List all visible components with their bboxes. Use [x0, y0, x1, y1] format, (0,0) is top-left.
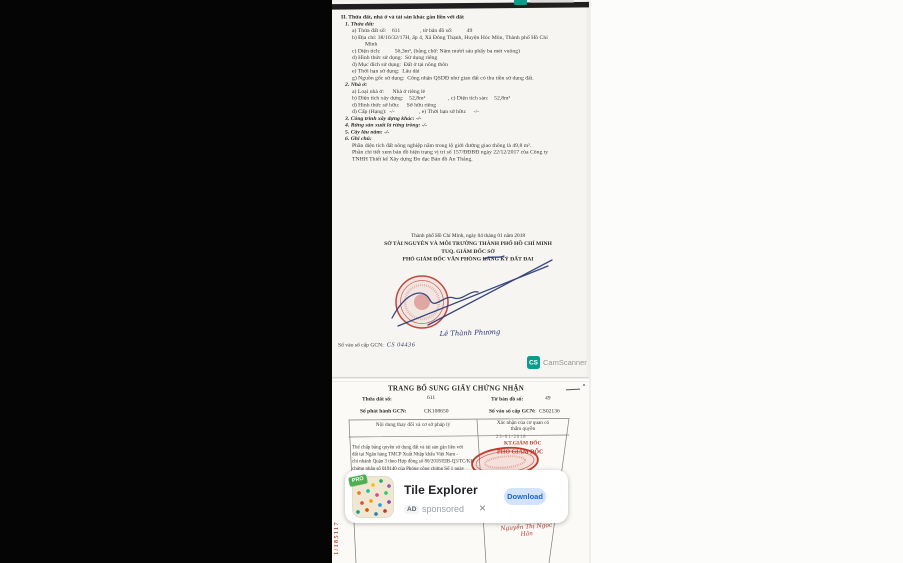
document-line: b) Địa chỉ: 38/16/32/17H, ấp 4, Xã Đông … — [352, 34, 582, 41]
document-line: đ) Mục đích sử dụng: Đất ở tại nông thôn — [352, 61, 582, 68]
camscanner-name-label: CamScanner — [543, 358, 587, 367]
document-line: đ) Cấp (Hạng): -/- , e) Thời hạn sở hữu:… — [352, 109, 582, 116]
document-line: d) Hình thức sử dụng: Sử dụng riêng — [352, 55, 582, 62]
page2-margin-serial: 1/185117 — [332, 445, 340, 555]
camscanner-logo-icon: CS — [527, 356, 540, 369]
document-line: g) Nguồn gốc sử dụng: Công nhận QSDĐ như… — [352, 75, 582, 82]
document-line: a) Thửa đất số: 611 , tờ bản đồ số: 49 — [352, 28, 582, 35]
document-line: 1. Thửa đất: — [345, 21, 582, 28]
table-col2-header: Xác nhận của cơ quan có thẩm quyền — [480, 420, 566, 432]
document-line: d) Hình thức sở hữu: Sở hữu riêng — [352, 102, 582, 109]
page-right-edge-shade — [589, 0, 591, 563]
document-line: c) Diện tích: 56,3m², (bằng chữ: Năm mươ… — [352, 48, 582, 55]
gcn-label: Số vào sổ cấp GCN: — [338, 342, 384, 348]
certificate-body-text: II. Thửa đất, nhà ở và tài sản khác gắn … — [341, 14, 582, 163]
sponsored-label: sponsored — [422, 504, 464, 514]
document-line: Phần chi tiết xem bản đồ hiện trạng vị t… — [352, 149, 582, 156]
table-col1-header: Nội dung thay đổi và cơ sở pháp lý — [352, 422, 474, 428]
document-line: Minh — [365, 41, 582, 48]
document-line: Phần diện tích đất nông nghiệp nằm trong… — [352, 142, 582, 149]
document-line: a) Loại nhà ở: Nhà ở riêng lẻ — [352, 88, 582, 95]
ad-app-title: Tile Explorer — [404, 483, 478, 497]
camscanner-watermark-top-icon — [514, 0, 527, 5]
download-button[interactable]: Download — [504, 488, 546, 505]
document-line: Thế chấp bằng quyền sử dụng đất và tài s… — [352, 444, 476, 451]
document-line: 3. Công trình xây dựng khác: -/- — [345, 115, 582, 122]
document-line: 5. Cây lâu năm: -/- — [345, 129, 582, 136]
document-line: 4. Rừng sản xuất là rừng trồng: -/- — [345, 122, 582, 129]
camscanner-watermark: CS CamScanner — [527, 356, 587, 369]
camscanner-watermark-top-text — [530, 0, 574, 3]
close-icon[interactable]: × — [479, 501, 486, 515]
letterbox-black-bar — [0, 0, 332, 563]
document-line: b) Diện tích xây dựng: 52,8m² , c) Diện … — [352, 95, 582, 102]
mortgage-entry-text: Thế chấp bằng quyền sử dụng đất và tài s… — [352, 444, 476, 472]
ad-badge: AD — [404, 505, 419, 514]
document-line: 6. Ghi chú: — [345, 136, 582, 143]
document-line: chi nhánh Quận 3 theo Hợp đồng số 80/201… — [352, 458, 476, 465]
screenshot-canvas: II. Thửa đất, nhà ở và tài sản khác gắn … — [0, 0, 903, 563]
document-line: 2. Nhà ở: — [345, 82, 582, 89]
gcn-handwritten-value: CS 04436 — [387, 341, 416, 348]
document-line: II. Thửa đất, nhà ở và tài sản khác gắn … — [341, 14, 582, 21]
gcn-register-number-line: Số vào sổ cấp GCN:CS 04436 — [338, 341, 415, 349]
ad-banner-card[interactable]: PRO Tile Explorer AD sponsored × Downloa… — [345, 470, 568, 523]
document-line: TNHH Thiết kế Xây dựng Đo đạc Bản đồ An … — [352, 156, 582, 163]
document-line: e) Thời hạn sử dụng: Lâu dài — [352, 68, 582, 75]
approval-date-stamp: 23-01-2018 — [496, 434, 526, 440]
page1-bottom-edge — [332, 377, 589, 379]
document-line: đất tại Ngân hàng TMCP Xuất Nhập khẩu Vi… — [352, 451, 476, 458]
